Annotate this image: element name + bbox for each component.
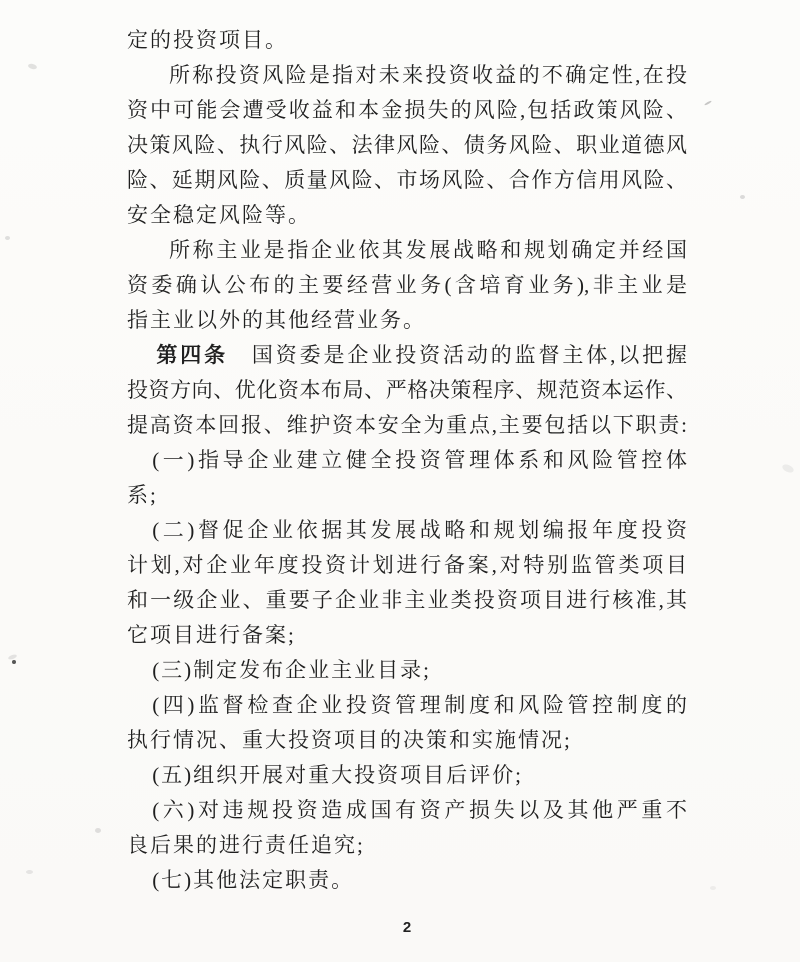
text-line: 所称主业是指企业依其发展战略和规划确定并经国 xyxy=(127,233,687,268)
text-line: 计划,对企业年度投资计划进行备案,对特别监管类项目 xyxy=(127,548,687,583)
text-line: 执行情况、重大投资项目的决策和实施情况; xyxy=(127,723,687,758)
text-line: (二)督促企业依据其发展战略和规划编报年度投资 xyxy=(127,513,687,548)
text-line: (五)组织开展对重大投资项目后评价; xyxy=(127,758,687,793)
scan-noise-speck xyxy=(781,463,795,474)
text-line: 提高资本回报、维护资本安全为重点,主要包括以下职责: xyxy=(127,408,687,443)
scan-noise-speck xyxy=(8,654,18,661)
text-line: 系; xyxy=(127,478,687,513)
scan-noise-speck xyxy=(26,870,33,874)
text-line: 定的投资项目。 xyxy=(127,23,687,58)
scan-noise-speck xyxy=(95,828,101,833)
article-number: 第四条 xyxy=(156,343,228,367)
text-line: 险、延期风险、质量风险、市场风险、合作方信用风险、 xyxy=(127,163,687,198)
document-body: 定的投资项目。所称投资风险是指对未来投资收益的不确定性,在投资中可能会遭受收益和… xyxy=(127,23,687,898)
text-line: 它项目进行备案; xyxy=(127,618,687,653)
text-line: (四)监督检查企业投资管理制度和风险管控制度的 xyxy=(127,688,687,723)
scan-noise-speck xyxy=(740,195,745,199)
text-line: 所称投资风险是指对未来投资收益的不确定性,在投 xyxy=(127,58,687,93)
scan-noise-speck xyxy=(12,660,16,664)
scan-noise-speck xyxy=(704,100,712,106)
text-line: (一)指导企业建立健全投资管理体系和风险管控体 xyxy=(127,443,687,478)
text-line: 投资方向、优化资本布局、严格决策程序、规范资本运作、 xyxy=(127,373,687,408)
page-number: 2 xyxy=(127,919,687,936)
text-line: 指主业以外的其他经营业务。 xyxy=(127,303,687,338)
scan-noise-speck xyxy=(5,236,10,240)
scan-noise-speck xyxy=(710,886,716,890)
text-line: 良后果的进行责任追究; xyxy=(127,828,687,863)
text-line: (七)其他法定职责。 xyxy=(127,863,687,898)
text-line: 资委确认公布的主要经营业务(含培育业务),非主业是 xyxy=(127,268,687,303)
text-line: (三)制定发布企业主业目录; xyxy=(127,653,687,688)
scanned-document-page: 定的投资项目。所称投资风险是指对未来投资收益的不确定性,在投资中可能会遭受收益和… xyxy=(0,0,800,962)
text-line: 和一级企业、重要子企业非主业类投资项目进行核准,其 xyxy=(127,583,687,618)
text-line: 决策风险、执行风险、法律风险、债务风险、职业道德风 xyxy=(127,128,687,163)
scan-noise-speck xyxy=(28,63,38,70)
text-line: 资中可能会遭受收益和本金损失的风险,包括政策风险、 xyxy=(127,93,687,128)
text-line: (六)对违规投资造成国有资产损失以及其他严重不 xyxy=(127,793,687,828)
text-line: 第四条 国资委是企业投资活动的监督主体,以把握 xyxy=(127,338,687,373)
text-line: 安全稳定风险等。 xyxy=(127,198,687,233)
